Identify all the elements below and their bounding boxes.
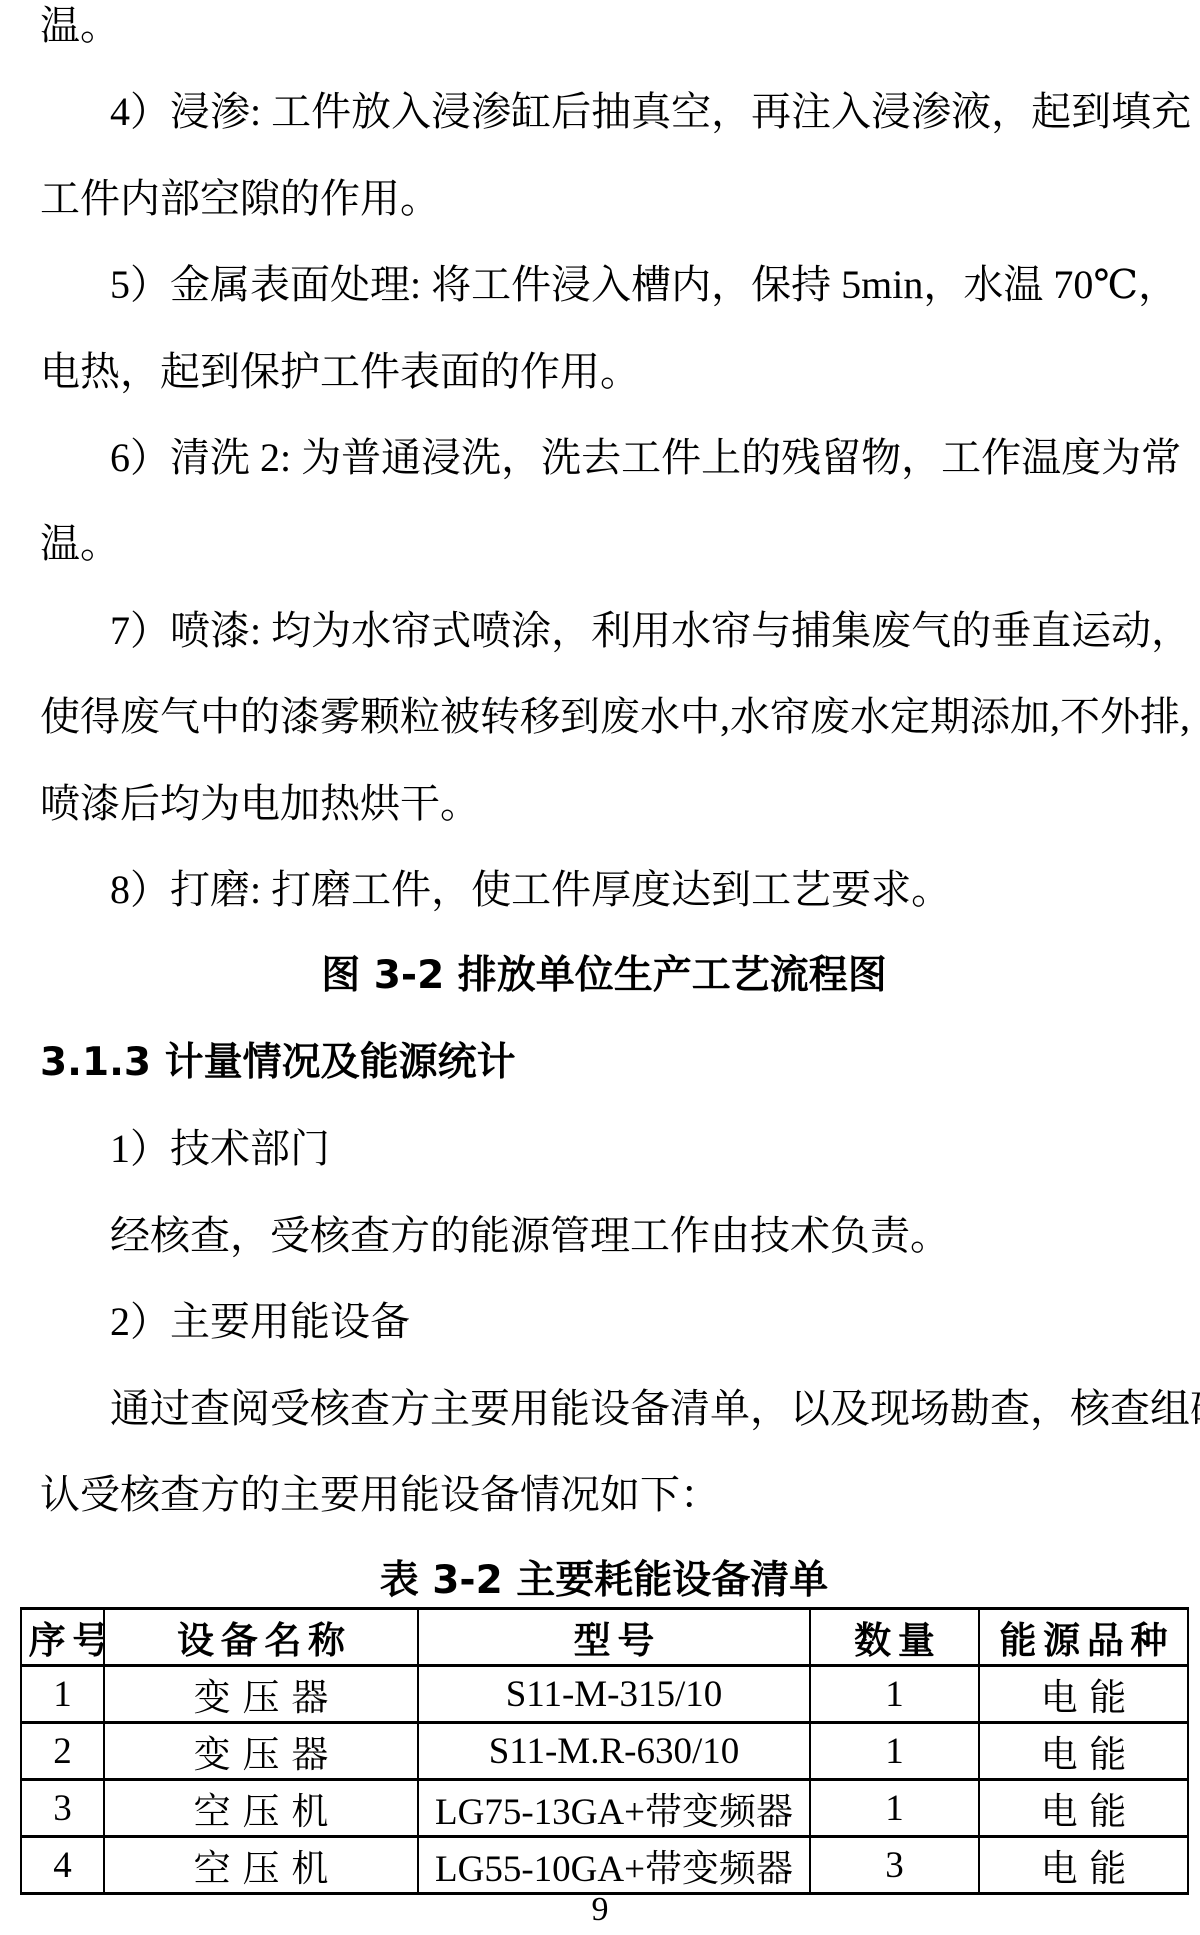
paragraph-line: 温。	[40, 0, 1168, 69]
col-header-energy-type: 能源品种	[979, 1609, 1188, 1666]
cell-index: 2	[21, 1723, 104, 1780]
cell-device-name: 空压机	[104, 1780, 418, 1837]
paragraph-line: 2）主要用能设备	[40, 1279, 1168, 1365]
col-header-quantity: 数量	[810, 1609, 979, 1666]
page-body: 温。 4）浸渗: 工件放入浸渗缸后抽真空，再注入浸渗液，起到填充 工件内部空隙的…	[40, 0, 1168, 1625]
section-heading: 3.1.3 计量情况及能源统计	[40, 1020, 1168, 1106]
cell-quantity: 1	[810, 1666, 979, 1723]
paragraph-line: 5）金属表面处理: 将工件浸入槽内，保持 5min，水温 70℃，	[40, 242, 1168, 328]
cell-device-name: 变压器	[104, 1723, 418, 1780]
paragraph-line: 温。	[40, 501, 1168, 587]
table-row: 2 变压器 S11-M.R-630/10 1 电能	[21, 1723, 1188, 1780]
cell-quantity: 1	[810, 1780, 979, 1837]
paragraph-line: 认受核查方的主要用能设备情况如下：	[40, 1452, 1168, 1538]
paragraph-line: 使得废气中的漆雾颗粒被转移到废水中,水帘废水定期添加,不外排,	[40, 674, 1168, 760]
paragraph-line: 8）打磨: 打磨工件，使工件厚度达到工艺要求。	[40, 847, 1168, 933]
paragraph-line: 通过查阅受核查方主要用能设备清单，以及现场勘查，核查组确	[40, 1366, 1168, 1452]
cell-index: 3	[21, 1780, 104, 1837]
table-row: 3 空压机 LG75-13GA+带变频器 1 电能	[21, 1780, 1188, 1837]
table-row: 1 变压器 S11-M-315/10 1 电能	[21, 1666, 1188, 1723]
figure-caption: 图 3-2 排放单位生产工艺流程图	[40, 933, 1168, 1019]
cell-model: S11-M.R-630/10	[418, 1723, 810, 1780]
col-header-device-name: 设备名称	[104, 1609, 418, 1666]
cell-device-name: 变压器	[104, 1666, 418, 1723]
table-header-row: 序号 设备名称 型号 数量 能源品种	[21, 1609, 1188, 1666]
paragraph-line: 经核查，受核查方的能源管理工作由技术负责。	[40, 1193, 1168, 1279]
paragraph-line: 4）浸渗: 工件放入浸渗缸后抽真空，再注入浸渗液，起到填充	[40, 69, 1168, 155]
paragraph-line: 6）清洗 2: 为普通浸洗，洗去工件上的残留物，工作温度为常	[40, 415, 1168, 501]
cell-model: LG75-13GA+带变频器	[418, 1780, 810, 1837]
paragraph-line: 7）喷漆: 均为水帘式喷涂，利用水帘与捕集废气的垂直运动，	[40, 588, 1168, 674]
cell-index: 1	[21, 1666, 104, 1723]
page-number: 9	[0, 1885, 1200, 1935]
paragraph-line: 喷漆后均为电加热烘干。	[40, 761, 1168, 847]
col-header-model: 型号	[418, 1609, 810, 1666]
cell-quantity: 1	[810, 1723, 979, 1780]
paragraph-line: 电热，起到保护工件表面的作用。	[40, 329, 1168, 415]
document-page: 温。 4）浸渗: 工件放入浸渗缸后抽真空，再注入浸渗液，起到填充 工件内部空隙的…	[0, 0, 1200, 1935]
cell-energy-type: 电能	[979, 1723, 1188, 1780]
paragraph-line: 1）技术部门	[40, 1106, 1168, 1192]
equipment-table: 序号 设备名称 型号 数量 能源品种 1 变压器 S11-M-315/10 1 …	[20, 1607, 1189, 1895]
col-header-index: 序号	[21, 1609, 104, 1666]
cell-energy-type: 电能	[979, 1666, 1188, 1723]
cell-energy-type: 电能	[979, 1780, 1188, 1837]
paragraph-line: 工件内部空隙的作用。	[40, 156, 1168, 242]
cell-model: S11-M-315/10	[418, 1666, 810, 1723]
